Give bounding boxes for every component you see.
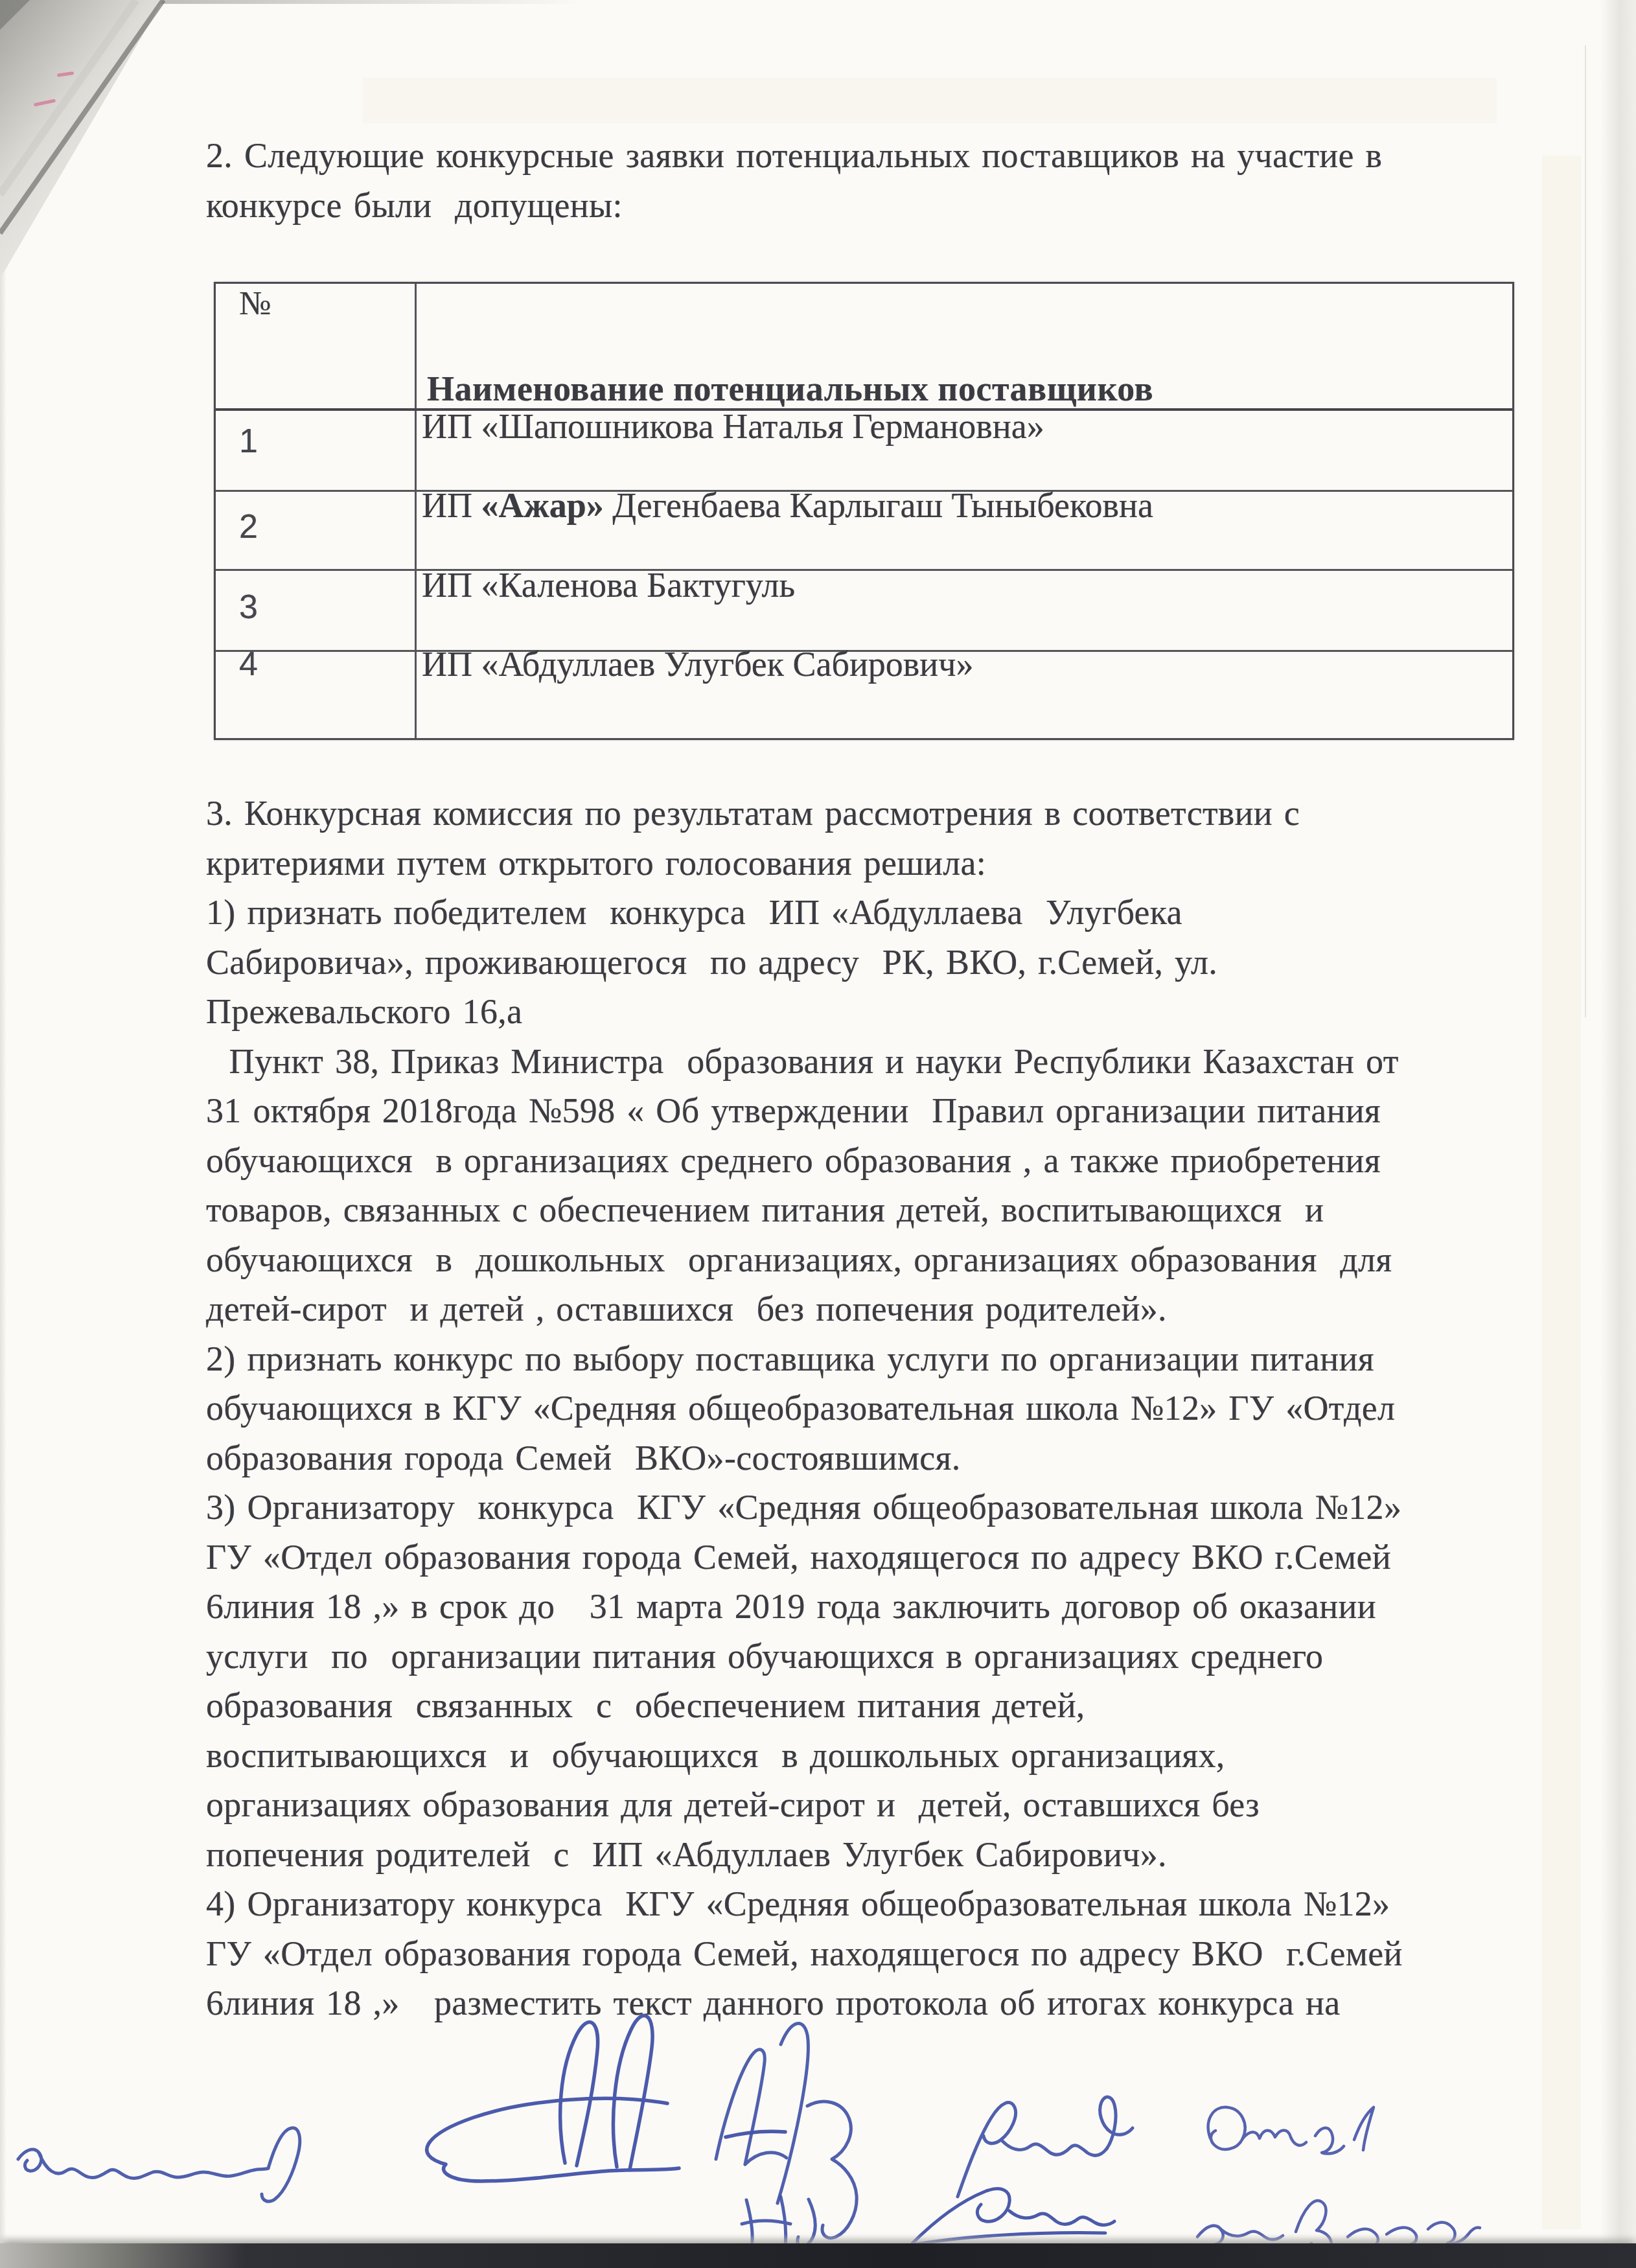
signature-4 [958, 2097, 1133, 2197]
signature-block [0, 0, 1636, 2268]
signature-5 [1208, 2107, 1374, 2154]
signature-1 [18, 2128, 300, 2201]
scanned-document-page: 2. Следующие конкурсные заявки потенциал… [0, 0, 1636, 2268]
scan-bottom-edge [0, 2243, 1636, 2268]
